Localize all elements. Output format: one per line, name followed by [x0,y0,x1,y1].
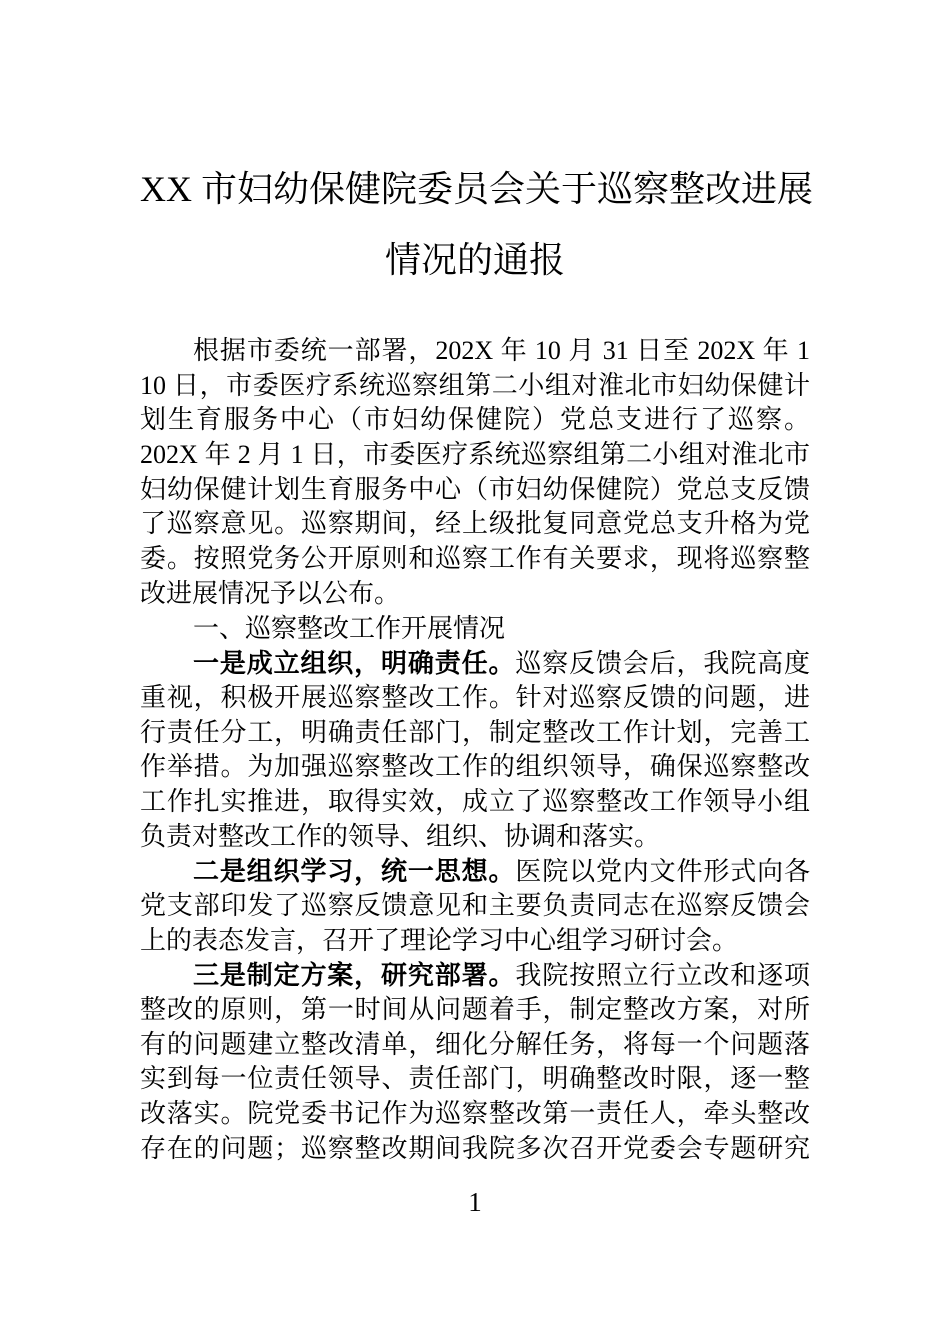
text-run: 巡察反馈会后，我院高度 [515,649,810,678]
body-line: 党支部印发了巡察反馈意见和主要负责同志在巡察反馈会 [140,889,810,924]
text-run: 医院以党内文件形式向各 [515,857,810,886]
section-heading: 一、巡察整改工作开展情况 [140,612,810,647]
title-line-1: XX 市妇幼保健院委员会关于巡察整改进展 [140,154,810,225]
body-line: 整改的原则，第一时间从问题着手，制定整改方案，对所 [140,993,810,1028]
document-page: XX 市妇幼保健院委员会关于巡察整改进展 情况的通报 根据市委统一部署，202X… [0,0,950,1344]
body-line: 作举措。为加强巡察整改工作的组织领导，确保巡察整改 [140,750,810,785]
body-line: 改落实。院党委书记作为巡察整改第一责任人，牵头整改 [140,1097,810,1132]
page-number: 1 [0,1185,950,1219]
bold-run: 一是成立组织，明确责任。 [193,648,515,678]
body-line: 一是成立组织，明确责任。巡察反馈会后，我院高度 [140,646,810,681]
body-line: 上的表态发言，召开了理论学习中心组学习研讨会。 [140,924,810,959]
document-title: XX 市妇幼保健院委员会关于巡察整改进展 情况的通报 [140,154,810,296]
body-line: 10 日，市委医疗系统巡察组第二小组对淮北市妇幼保健计 [140,369,810,404]
body-line: 工作扎实推进，取得实效，成立了巡察整改工作领导小组 [140,785,810,820]
body-line: 委。按照党务公开原则和巡察工作有关要求，现将巡察整 [140,542,810,577]
bold-run: 三是制定方案，研究部署。 [193,960,515,990]
body-line: 重视，积极开展巡察整改工作。针对巡察反馈的问题，进 [140,681,810,716]
body-line: 行责任分工，明确责任部门，制定整改工作计划，完善工 [140,716,810,751]
body-line: 有的问题建立整改清单，细化分解任务，将每一个问题落 [140,1028,810,1063]
body-line: 存在的问题；巡察整改期间我院多次召开党委会专题研究 [140,1132,810,1167]
body-line: 了巡察意见。巡察期间，经上级批复同意党总支升格为党 [140,507,810,542]
body-line: 实到每一位责任领导、责任部门，明确整改时限，逐一整 [140,1062,810,1097]
title-line-2: 情况的通报 [140,225,810,296]
body-line: 根据市委统一部署，202X 年 10 月 31 日至 202X 年 1 月 [140,334,810,369]
body-line: 妇幼保健计划生育服务中心（市妇幼保健院）党总支反馈 [140,473,810,508]
bold-run: 二是组织学习，统一思想。 [193,856,515,886]
body-line: 负责对整改工作的领导、组织、协调和落实。 [140,820,810,855]
text-run: 我院按照立行立改和逐项 [515,961,810,990]
body-line: 三是制定方案，研究部署。我院按照立行立改和逐项 [140,958,810,993]
body-line: 202X 年 2 月 1 日，市委医疗系统巡察组第二小组对淮北市 [140,438,810,473]
body-line: 二是组织学习，统一思想。医院以党内文件形式向各 [140,854,810,889]
document-body: 根据市委统一部署，202X 年 10 月 31 日至 202X 年 1 月 10… [140,334,810,1167]
body-line: 划生育服务中心（市妇幼保健院）党总支进行了巡察。 [140,403,810,438]
body-line: 改进展情况予以公布。 [140,577,810,612]
